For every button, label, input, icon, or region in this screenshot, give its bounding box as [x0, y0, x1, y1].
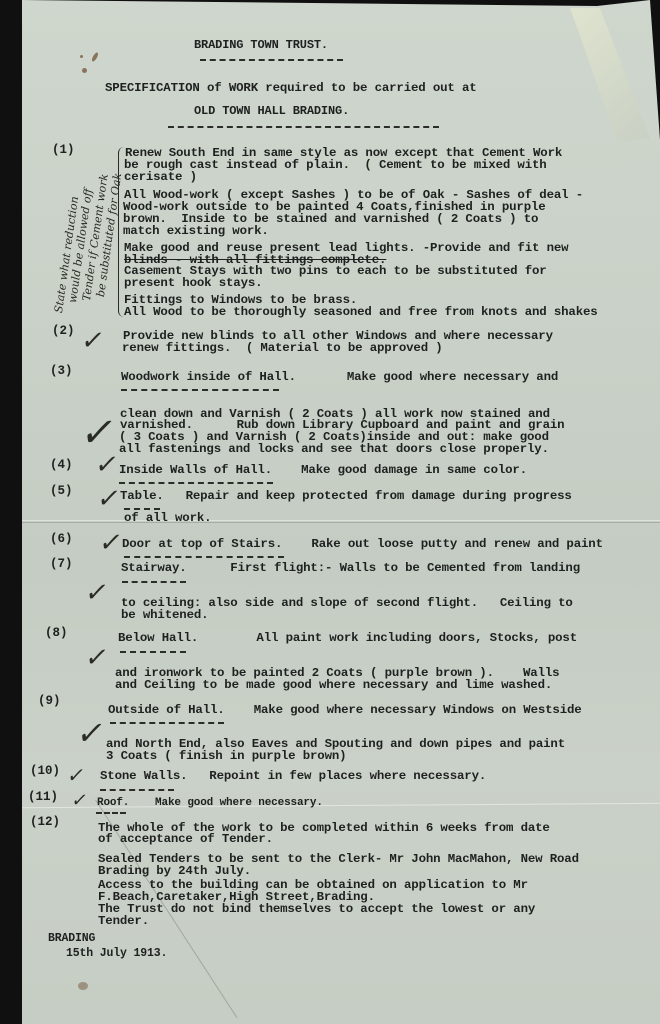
item-10-line: Stone Walls. Repoint in few places where…	[100, 770, 486, 783]
item-number: (3)	[50, 364, 73, 378]
organisation-title: BRADING TOWN TRUST.	[194, 39, 328, 52]
location-heading: OLD TOWN HALL BRADING.	[194, 105, 349, 118]
stain	[78, 982, 88, 990]
item-9-line: 3 Coats ( finish in purple brown)	[106, 750, 346, 763]
underline	[100, 789, 174, 792]
stain	[80, 55, 83, 58]
item-number: (11)	[28, 790, 58, 804]
fold-line	[22, 520, 660, 521]
item-5-line: of all work.	[124, 512, 211, 525]
item-3-line: Woodwork inside of Hall. Make good where…	[121, 371, 558, 384]
item-2-line: renew fittings. ( Material to be approve…	[122, 342, 443, 355]
item-9-line: Outside of Hall. Make good where necessa…	[108, 704, 582, 717]
checkmark-icon: ✓	[79, 420, 118, 446]
item-4-line: Inside Walls of Hall. Make good damage i…	[119, 464, 527, 477]
item-11-line: Roof. Make good where necessary.	[97, 797, 323, 810]
item-3-line: all fastenings and locks and see that do…	[119, 443, 549, 456]
item-8-line: Below Hall. All paint work including doo…	[118, 632, 577, 645]
item-8-line: and Ceiling to be made good where necess…	[115, 679, 552, 692]
item-number: (1)	[52, 143, 75, 157]
specification-heading: SPECIFICATION of WORK required to be car…	[105, 82, 477, 95]
underline	[168, 126, 439, 129]
item-number: (2)	[52, 324, 75, 338]
item-number: (12)	[30, 815, 60, 829]
fold-line	[22, 522, 660, 523]
underline	[124, 556, 284, 559]
checkmark-icon: ✓	[75, 720, 107, 746]
item-number: (8)	[45, 626, 68, 640]
underline	[120, 651, 186, 654]
underline	[96, 812, 126, 815]
signoff-date: 15th July 1913.	[66, 947, 167, 960]
item-number: (7)	[50, 557, 73, 571]
item-7-line: Stairway. First flight:- Walls to be Cem…	[121, 562, 580, 575]
item-number: (9)	[38, 694, 61, 708]
underline	[121, 389, 279, 392]
underline	[119, 482, 273, 485]
signoff-place: BRADING	[48, 932, 95, 945]
item-number: (6)	[50, 532, 73, 546]
stain	[82, 68, 87, 73]
item-5-line: Table. Repair and keep protected from da…	[120, 490, 572, 503]
item-number: (10)	[30, 764, 60, 778]
item-number: (5)	[50, 484, 73, 498]
item-6-line: Door at top of Stairs. Rake out loose pu…	[122, 538, 603, 551]
underline	[200, 59, 343, 62]
underline	[122, 581, 186, 584]
item-number: (4)	[50, 458, 73, 472]
item-7-line: be whitened.	[121, 609, 208, 622]
underline	[110, 722, 224, 725]
